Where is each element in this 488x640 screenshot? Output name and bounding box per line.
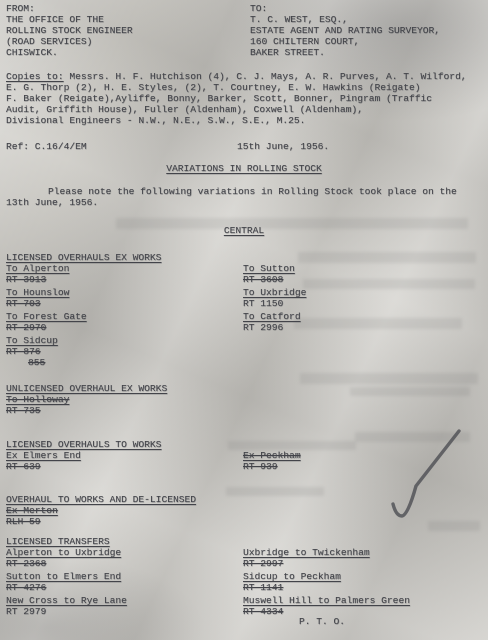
- copies-to-block: Copies to: Messrs. H. F. Hutchison (4), …: [6, 71, 482, 126]
- vehicle-number: RT 876: [6, 346, 41, 357]
- destination-label: To Alperton: [6, 263, 69, 274]
- stock-entry: To Hounslow RT 703: [6, 287, 243, 309]
- copies-line-rest: Messrs. H. F. Hutchison (4), C. J. Mays,…: [64, 71, 467, 82]
- transfer-route-label: New Cross to Rye Lane: [6, 595, 127, 606]
- vehicle-number: RT 939: [243, 461, 278, 472]
- copies-line: Copies to: Messrs. H. F. Hutchison (4), …: [6, 71, 482, 82]
- vehicle-number: RT 735: [6, 405, 41, 416]
- stock-entry: To Sidcup RT 876 855: [6, 335, 243, 368]
- destination-label: To Hounslow: [6, 287, 69, 298]
- vehicle-number: 855: [28, 357, 45, 368]
- origin-label: Ex Peckham: [243, 450, 301, 461]
- destination-label: To Sutton: [243, 263, 295, 274]
- to-address-block: TO: T. C. WEST, ESQ., ESTATE AGENT AND R…: [250, 3, 482, 58]
- transfer-entry: Sutton to Elmers End RT 4276: [6, 571, 243, 593]
- intro-line: 13th June, 1956.: [6, 197, 482, 208]
- from-line: CHISWICK.: [6, 47, 250, 58]
- document-title: VARIATIONS IN ROLLING STOCK: [166, 163, 321, 174]
- vehicle-number: RT 3913: [6, 274, 46, 285]
- from-line: THE OFFICE OF THE: [6, 14, 250, 25]
- destination-label: To Uxbridge: [243, 287, 306, 298]
- copies-line: E. G. Thorp (2), H. E. Styles, (2), T. C…: [6, 82, 482, 93]
- stock-entry: To Sutton RT 3608: [243, 263, 482, 285]
- transfer-entry: Sidcup to Peckham RT 1141: [243, 571, 482, 593]
- stock-entry: Ex Merton RLH 59: [6, 505, 243, 527]
- reference-line: Ref: C.16/4/EM 15th June, 1956.: [6, 141, 482, 152]
- copies-line: F. Baker (Reigate),Ayliffe, Bonny, Barke…: [6, 93, 482, 104]
- vehicle-number: RT 703: [6, 298, 41, 309]
- handwritten-checkmark: [383, 424, 471, 526]
- stock-entry: To Catford RT 2996: [243, 311, 482, 333]
- destination-label: To Forest Gate: [6, 311, 87, 322]
- vehicle-number: RT 2970: [6, 322, 46, 333]
- transfer-entry: New Cross to Rye Lane RT 2979: [6, 595, 243, 617]
- vehicle-number: RT 1141: [243, 582, 283, 593]
- vehicle-number: RLH 59: [6, 516, 41, 527]
- origin-label: Ex Elmers End: [6, 450, 81, 461]
- letterhead: FROM: THE OFFICE OF THE ROLLING STOCK EN…: [6, 3, 482, 58]
- destination-label: To Holloway: [6, 394, 69, 405]
- transfer-entry: Alperton to Uxbridge RT 2368: [6, 547, 243, 569]
- stock-entry: Ex Elmers End RT 639: [6, 450, 243, 472]
- intro-line: Please note the following variations in …: [6, 186, 482, 197]
- vehicle-number: RT 3608: [243, 274, 283, 285]
- section-heading: LICENSED TRANSFERS: [6, 536, 110, 547]
- section-heading: LICENSED OVERHAULS EX WORKS: [6, 252, 161, 263]
- vehicle-number: RT 2996: [243, 322, 283, 333]
- stock-entry: To Forest Gate RT 2970: [6, 311, 243, 333]
- destination-label: To Catford: [243, 311, 301, 322]
- vehicle-number: RT 4276: [6, 582, 46, 593]
- reference-number: Ref: C.16/4/EM: [6, 141, 237, 152]
- transfer-entry: Muswell Hill to Palmers Green RT 4334: [243, 595, 482, 617]
- vehicle-number: RT 2997: [243, 558, 283, 569]
- origin-label: Ex Merton: [6, 505, 58, 516]
- from-label: FROM:: [6, 3, 250, 14]
- region-heading: CENTRAL: [224, 225, 264, 236]
- transfer-route-label: Alperton to Uxbridge: [6, 547, 121, 558]
- to-label: TO:: [250, 3, 482, 14]
- copies-to-label: Copies to:: [6, 71, 64, 82]
- vehicle-number: RT 2368: [6, 558, 46, 569]
- to-line: BAKER STREET.: [250, 47, 482, 58]
- to-line: T. C. WEST, ESQ.,: [250, 14, 482, 25]
- to-line: ESTATE AGENT AND RATING SURVEYOR,: [250, 25, 482, 36]
- transfer-entry: Uxbridge to Twickenham RT 2997: [243, 547, 482, 569]
- transfer-route-label: Sutton to Elmers End: [6, 571, 121, 582]
- stock-entry: To Uxbridge RT 1150: [243, 287, 482, 309]
- stock-entry: To Holloway RT 735: [6, 394, 243, 416]
- vehicle-number: RT 639: [6, 461, 41, 472]
- from-address-block: FROM: THE OFFICE OF THE ROLLING STOCK EN…: [6, 3, 250, 58]
- section-unlicensed-overhaul-ex-works: UNLICENSED OVERHAUL EX WORKS To Holloway…: [6, 383, 482, 418]
- section-licensed-overhauls-ex-works: LICENSED OVERHAULS EX WORKS To Alperton …: [6, 252, 482, 370]
- stock-entry: To Alperton RT 3913: [6, 263, 243, 285]
- vehicle-number: RT 1150: [243, 298, 283, 309]
- intro-paragraph: Please note the following variations in …: [6, 186, 482, 208]
- transfer-route-label: Uxbridge to Twickenham: [243, 547, 370, 558]
- transfer-route-label: Sidcup to Peckham: [243, 571, 341, 582]
- from-line: (ROAD SERVICES): [6, 36, 250, 47]
- vehicle-number: RT 2979: [6, 606, 46, 617]
- from-line: ROLLING STOCK ENGINEER: [6, 25, 250, 36]
- section-heading: LICENSED OVERHAULS TO WORKS: [6, 439, 161, 450]
- section-licensed-transfers: LICENSED TRANSFERS Alperton to Uxbridge …: [6, 536, 482, 619]
- vehicle-number: RT 4334: [243, 606, 283, 617]
- scanned-memo-page: FROM: THE OFFICE OF THE ROLLING STOCK EN…: [0, 0, 488, 640]
- destination-label: To Sidcup: [6, 335, 58, 346]
- to-line: 160 CHILTERN COURT,: [250, 36, 482, 47]
- copies-line: Divisional Engineers - N.W., N.E., S.W.,…: [6, 115, 482, 126]
- pto-footer: P. T. O.: [299, 616, 345, 627]
- letter-date: 15th June, 1956.: [237, 141, 329, 152]
- copies-line: Audit, Griffith House), Fuller (Aldenham…: [6, 104, 482, 115]
- section-heading: UNLICENSED OVERHAUL EX WORKS: [6, 383, 167, 394]
- transfer-route-label: Muswell Hill to Palmers Green: [243, 595, 410, 606]
- section-heading: OVERHAUL TO WORKS AND DE-LICENSED: [6, 494, 196, 505]
